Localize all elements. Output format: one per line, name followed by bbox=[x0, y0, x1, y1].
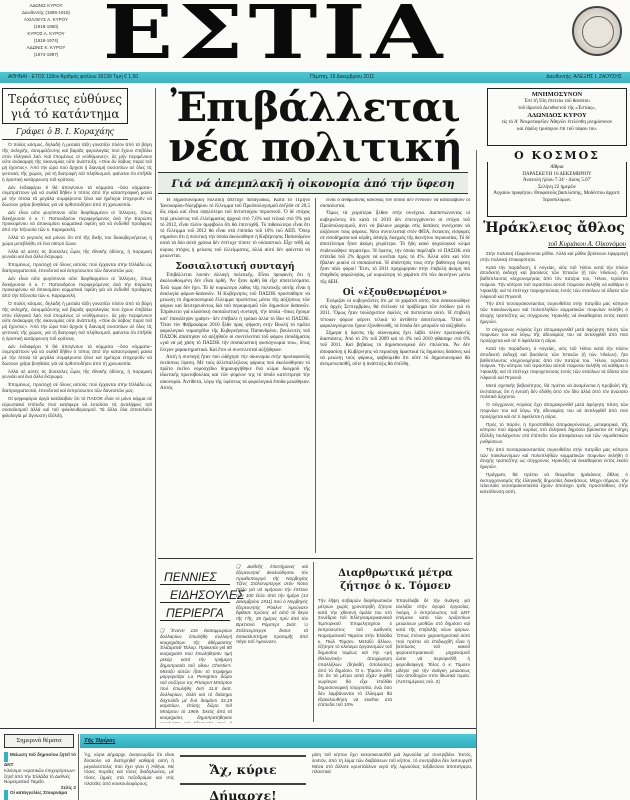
hercules-body: Στήν πολιτική ἐξυφαίνονται μῦθοι. Ἀλλά κ… bbox=[480, 251, 628, 800]
issue-date: Πέμπτη, 15 Δεκεμβρίου 2011 bbox=[310, 72, 374, 83]
topic-marker-icon bbox=[4, 752, 8, 762]
paragraph: Πράγματι, θά πρέπει νά θεωρεῖται ἡράκλει… bbox=[480, 472, 628, 495]
saints-of-day: Ἀγγαίου προφήτου. Θεοφανοῦς βασιλίσσης, … bbox=[488, 191, 626, 204]
today-topics-title: Σημερινά θέματα bbox=[4, 734, 74, 748]
topic-summary: Κλείσιμο «κρατικῶν ἐπιχειρήσεων» ζητεῖ ἀ… bbox=[4, 768, 76, 785]
paragraph: Ὁ πολύς κόσμος, δηλαδή ἡ μεσαία τάξη γον… bbox=[2, 301, 152, 342]
imeras-col2: μίση τοῦ κήπου ἔχει κατασκευασθεῖ μιά λι… bbox=[312, 752, 472, 800]
memorial-text: Ἐπί τῆ 93η ἐπετείω τοῦ θανάτου bbox=[488, 98, 626, 105]
paragraph: Τήν ἀπό τεσσαρακονταετίας συρευθεῖσα στή… bbox=[480, 301, 628, 324]
left-article-title[interactable]: Τεράστιες εὐθύνες γιά τό κατάντημα bbox=[3, 92, 127, 122]
headline-line: νέα πολιτική bbox=[160, 128, 470, 168]
column-rule bbox=[78, 734, 79, 800]
left-article-body: Ὁ πολύς κόσμος, δηλαδή ἡ μεσαία τάξη γον… bbox=[2, 142, 152, 722]
imeras-banner bbox=[80, 734, 476, 748]
headline-line: Διαρθρωτικά μέτρα bbox=[318, 567, 473, 580]
today-topic-item[interactable]: Οἱ καταγγελίες Στουρνάρα bbox=[4, 790, 76, 800]
founder-name: ΑΔΩΝΙΣ Κ. ΚΥΡΟΥ bbox=[20, 44, 72, 51]
paragraph: Ἑπομένως, προσοχή σέ ὅλους αὐτούς πού ἔρ… bbox=[2, 382, 152, 394]
lead-subheadline: Γιά νά ἀπεμπλακῆ ἡ οἰκονομία ἀπό τήν ὕφε… bbox=[158, 172, 468, 194]
thomsen-col1: Τήν λῆψη σοβαρῶν διαρθρωτικῶν μέτρων χωρ… bbox=[318, 598, 392, 724]
paragraph: Ἀλλά σέ αὐτές τίς δύσκολες ὧρες τῆς ἐθνι… bbox=[2, 369, 152, 381]
imeras-headline[interactable]: Ἄχ, κύριε Δήμαρχε! bbox=[180, 755, 306, 785]
paragraph: Ἑπομένως, προσοχή σέ ὅλους αὐτούς πού ἔρ… bbox=[2, 262, 152, 274]
left-article-title-box: Τεράστιες εὐθύνες γιά τό κατάντημα bbox=[2, 88, 128, 124]
hercules-author: τοῦ Κυριάκου Α. Οἰκονόμου bbox=[478, 240, 626, 248]
topic-marker-icon bbox=[4, 790, 8, 800]
paragraph: Κατά τήν παράδοση, ὁ Αὐγείας, υἱός τοῦ Ἡ… bbox=[480, 346, 628, 381]
imeras-col1: Ἄχ, κύριε Δήμαρχε, ἀναγνωρίζω ὅτι εἶναι … bbox=[84, 752, 174, 800]
thomsen-headline[interactable]: Διαρθρωτικά μέτρα ζήτησε ὁ κ. Τόμσεν bbox=[318, 567, 473, 593]
pennies-col2: ❑ Διεθνῆς ἐπιστήμονες καί ἐξερευνηταί ἀκ… bbox=[236, 564, 308, 724]
founder-name: ΚΥΡΟΣ Α. ΚΥΡΟΥ bbox=[20, 30, 72, 37]
info-bar: ΑΘΗΝΑΙ - ΕΤΟΣ 118ον Άριθμός φύλλου 39139… bbox=[0, 72, 630, 83]
divider bbox=[158, 558, 473, 559]
headline-line: ζήτησε ὁ κ. Τόμσεν bbox=[318, 580, 473, 593]
paragraph: Σήμερα ἡ ὕφεσις τῆς οἰκονομίας ἔχει λάβε… bbox=[320, 331, 470, 368]
today-topic-item[interactable]: Μείωση τοῦ δημοσίου ζητεῖ τό ΔΝΤ Κλείσιμ… bbox=[4, 752, 76, 791]
paragraph: Ὁ σύγχρονος Αὐγείας ἔχει ἀπομακρυνθεῖ με… bbox=[480, 402, 628, 419]
pennies-col1: ❑ Ἔναντι 116 ἑκατομμυρίων δολλαρίων ἐπωλ… bbox=[160, 628, 232, 723]
section-heading: Οἱ «ἐξουθενωμένοι» bbox=[320, 290, 470, 296]
pennies-line: ΠΕΝΝΙΕΣ bbox=[160, 570, 230, 585]
issue-info: ΑΘΗΝΑΙ - ΕΤΟΣ 118ον Άριθμός φύλλου 39139… bbox=[8, 72, 138, 83]
paragraph: Οἱ ψηφοφόροι ἀργά κατάλαβαν ὅτι τό ΠΑΣΟΚ… bbox=[2, 396, 152, 419]
kosmos-title-text: Ο ΚΟΣΜΟΣ bbox=[510, 149, 604, 162]
founder-name: ΑΧΙΛΛΕΥΣ Α. ΚΥΡΟΥ bbox=[20, 16, 72, 23]
memorial-box: ΜΝΗΜΟΣΥΝΟΝ Ἐπί τῆ 93η ἐπετείω τοῦ θανάτο… bbox=[487, 88, 627, 146]
seal-emblem-icon bbox=[572, 6, 622, 56]
thomsen-col2: Ἐπανέλαβε δέ τήν ἀνάγκη γιά εὐελιξία στή… bbox=[396, 598, 470, 724]
column-rule bbox=[315, 198, 316, 553]
memorial-name: ΑΔΩΝΙΔΟΣ ΚΥΡΟΥ bbox=[488, 112, 626, 119]
memorial-text: εἰς τό Α' Νεκροταφεῖον Ἀθηνῶν ἐτελέσθη μ… bbox=[488, 119, 626, 126]
lead-article-col2: εἶναι ὁ ἀνθρώπινος κανόνας τόν ὁποῖο δέν… bbox=[320, 198, 470, 556]
founder-years: (1918-1950) bbox=[20, 23, 72, 30]
paragraph: Δέν ἐνδιαφέρει τί θά ἀπογίνουν τά κόμματ… bbox=[2, 185, 152, 208]
paragraph: Μετά σχετικῆς βεβαιότητος, θά πρέπει νά … bbox=[480, 383, 628, 400]
paragraph: Τήν ἀπό τεσσαρακονταετίας συρευθεῖσα στή… bbox=[480, 447, 628, 470]
paragraph: Στήν πολιτική ἐξυφαίνονται μῦθοι. Ἀλλά κ… bbox=[480, 251, 628, 263]
lead-article-col1: Ἡ δημοσιονομική πολιτική ἀπέτυχε παταγωδ… bbox=[160, 198, 310, 556]
paragraph: Ἀλλά σέ αὐτές τίς δύσκολες ὧρες τῆς ἐθνι… bbox=[2, 249, 152, 261]
newspaper-title: ΕΣΤΙΑ bbox=[94, 0, 457, 66]
paragraph: Κατά τήν παράδοση, ὁ Αὐγείας, υἱός τοῦ Ἡ… bbox=[480, 265, 628, 300]
paragraph: Ἀλλά τό γεγονός καί μόνον ὅτι ἐπί τῆς δι… bbox=[2, 235, 152, 247]
kosmos-title: Ο ΚΟΣΜΟΣ bbox=[482, 150, 630, 162]
paragraph: Αὐτή ἡ συνταγή ἦταν πού ὡδήγησε τήν οἰκο… bbox=[160, 355, 310, 392]
paragraph: Δέν εἶναι οὔτε φυγόπονοι οὔτε διεφθαρμέν… bbox=[2, 276, 152, 299]
paragraph: Ὁ σύγχρονος Αὐγείας ἔχει ἀπομακρυνθεῖ με… bbox=[480, 327, 628, 344]
headline-line: Ἐπιβάλλεται bbox=[160, 88, 470, 128]
divider bbox=[2, 139, 128, 140]
left-article-byline: Γράφει ὁ Β. Ι. Κοραχάης bbox=[2, 127, 128, 136]
paragraph: Ἐνόμιζαν οἱ κυβερνῶντες ὅτι μέ τό χαράτσ… bbox=[320, 299, 470, 330]
column-rule bbox=[313, 562, 314, 722]
editor-info: Διευθυντής: ΑΛΕΞΗΣ Ι. ΖΑΟΥΣΗΣ bbox=[546, 72, 622, 83]
paragraph: Ὁ πολύς κόσμος, δηλαδή ἡ μεσαία τάξη γον… bbox=[2, 142, 152, 183]
topic-headline: Οἱ καταγγελίες Στουρνάρα bbox=[10, 790, 67, 795]
divider bbox=[0, 728, 476, 729]
memorial-text: τοῦ ἱδρυτοῦ Διευθυντοῦ τῆς «Ἑστίας», bbox=[488, 105, 626, 112]
topic-headline: Μείωση τοῦ δημοσίου ζητεῖ τό ΔΝΤ bbox=[4, 752, 76, 767]
founder-years: (1974-1997) bbox=[20, 51, 72, 58]
imeras-tag: Τῆς Ἡμέρας bbox=[84, 735, 115, 747]
pennies-line: ΕΙΔΗΣΟΥΛΕΣ bbox=[160, 588, 230, 603]
paragraph: Ὅμως τά χειρότερα ἦλθαν στήν συνέχεια. Δ… bbox=[320, 211, 470, 285]
lead-headline[interactable]: Ἐπιβάλλεται νέα πολιτική bbox=[160, 88, 470, 168]
paragraph: Ἐπιβάλλεται λοιπόν ἀλλαγή πολιτικῆς. Εἶν… bbox=[160, 273, 310, 354]
paragraph: Πρός τό παρόν, ἡ προσπάθεια ἀπομακρύνσεω… bbox=[480, 422, 628, 445]
column-rule bbox=[155, 88, 156, 728]
paragraph: Δέν εἶναι οὔτε φυγόπονοι οὔτε διεφθαρμέν… bbox=[2, 210, 152, 233]
founders-list: ΑΔΩΝΙΣ ΚΥΡΟΥ Διευθυντής (1898-1918) ΑΧΙΛ… bbox=[20, 2, 72, 58]
founder-years: Διευθυντής (1898-1918) bbox=[20, 9, 72, 16]
pennies-line: ΠΕΡΙΕΡΓΑ bbox=[160, 606, 230, 621]
founder-years: (1918-1974) bbox=[20, 37, 72, 44]
paragraph: Ἡ δημοσιονομική πολιτική ἀπέτυχε παταγωδ… bbox=[160, 198, 310, 260]
kosmos-box: Αἴθρια ΠΑΡΑΣΚΕΥΗ 16 ΔΕΚΕΜΒΡΙΟΥ Ἀνατολή ἡ… bbox=[487, 155, 627, 217]
pennies-heading: ΠΕΝΝΙΕΣ ΕΙΔΗΣΟΥΛΕΣ ΠΕΡΙΕΡΓΑ bbox=[160, 570, 230, 624]
founder-name: ΑΔΩΝΙΣ ΚΥΡΟΥ bbox=[20, 2, 72, 9]
memorial-title: ΜΝΗΜΟΣΥΝΟΝ bbox=[488, 91, 626, 98]
section-heading: Σοσιαλιστική συνταγή bbox=[160, 264, 310, 270]
paragraph: Δέν ἐνδιαφέρει τί θά ἀπογίνουν τά κόμματ… bbox=[2, 344, 152, 367]
column-rule bbox=[476, 150, 477, 800]
hercules-headline[interactable]: Ἡράκλειος ἄθλος bbox=[478, 220, 630, 236]
paragraph: εἶναι ὁ ἀνθρώπινος κανόνας τόν ὁποῖο δέν… bbox=[320, 198, 470, 210]
memorial-text: καί ἐψάλη τρισάγιον ἐπί τοῦ τάφου του. bbox=[488, 126, 626, 133]
